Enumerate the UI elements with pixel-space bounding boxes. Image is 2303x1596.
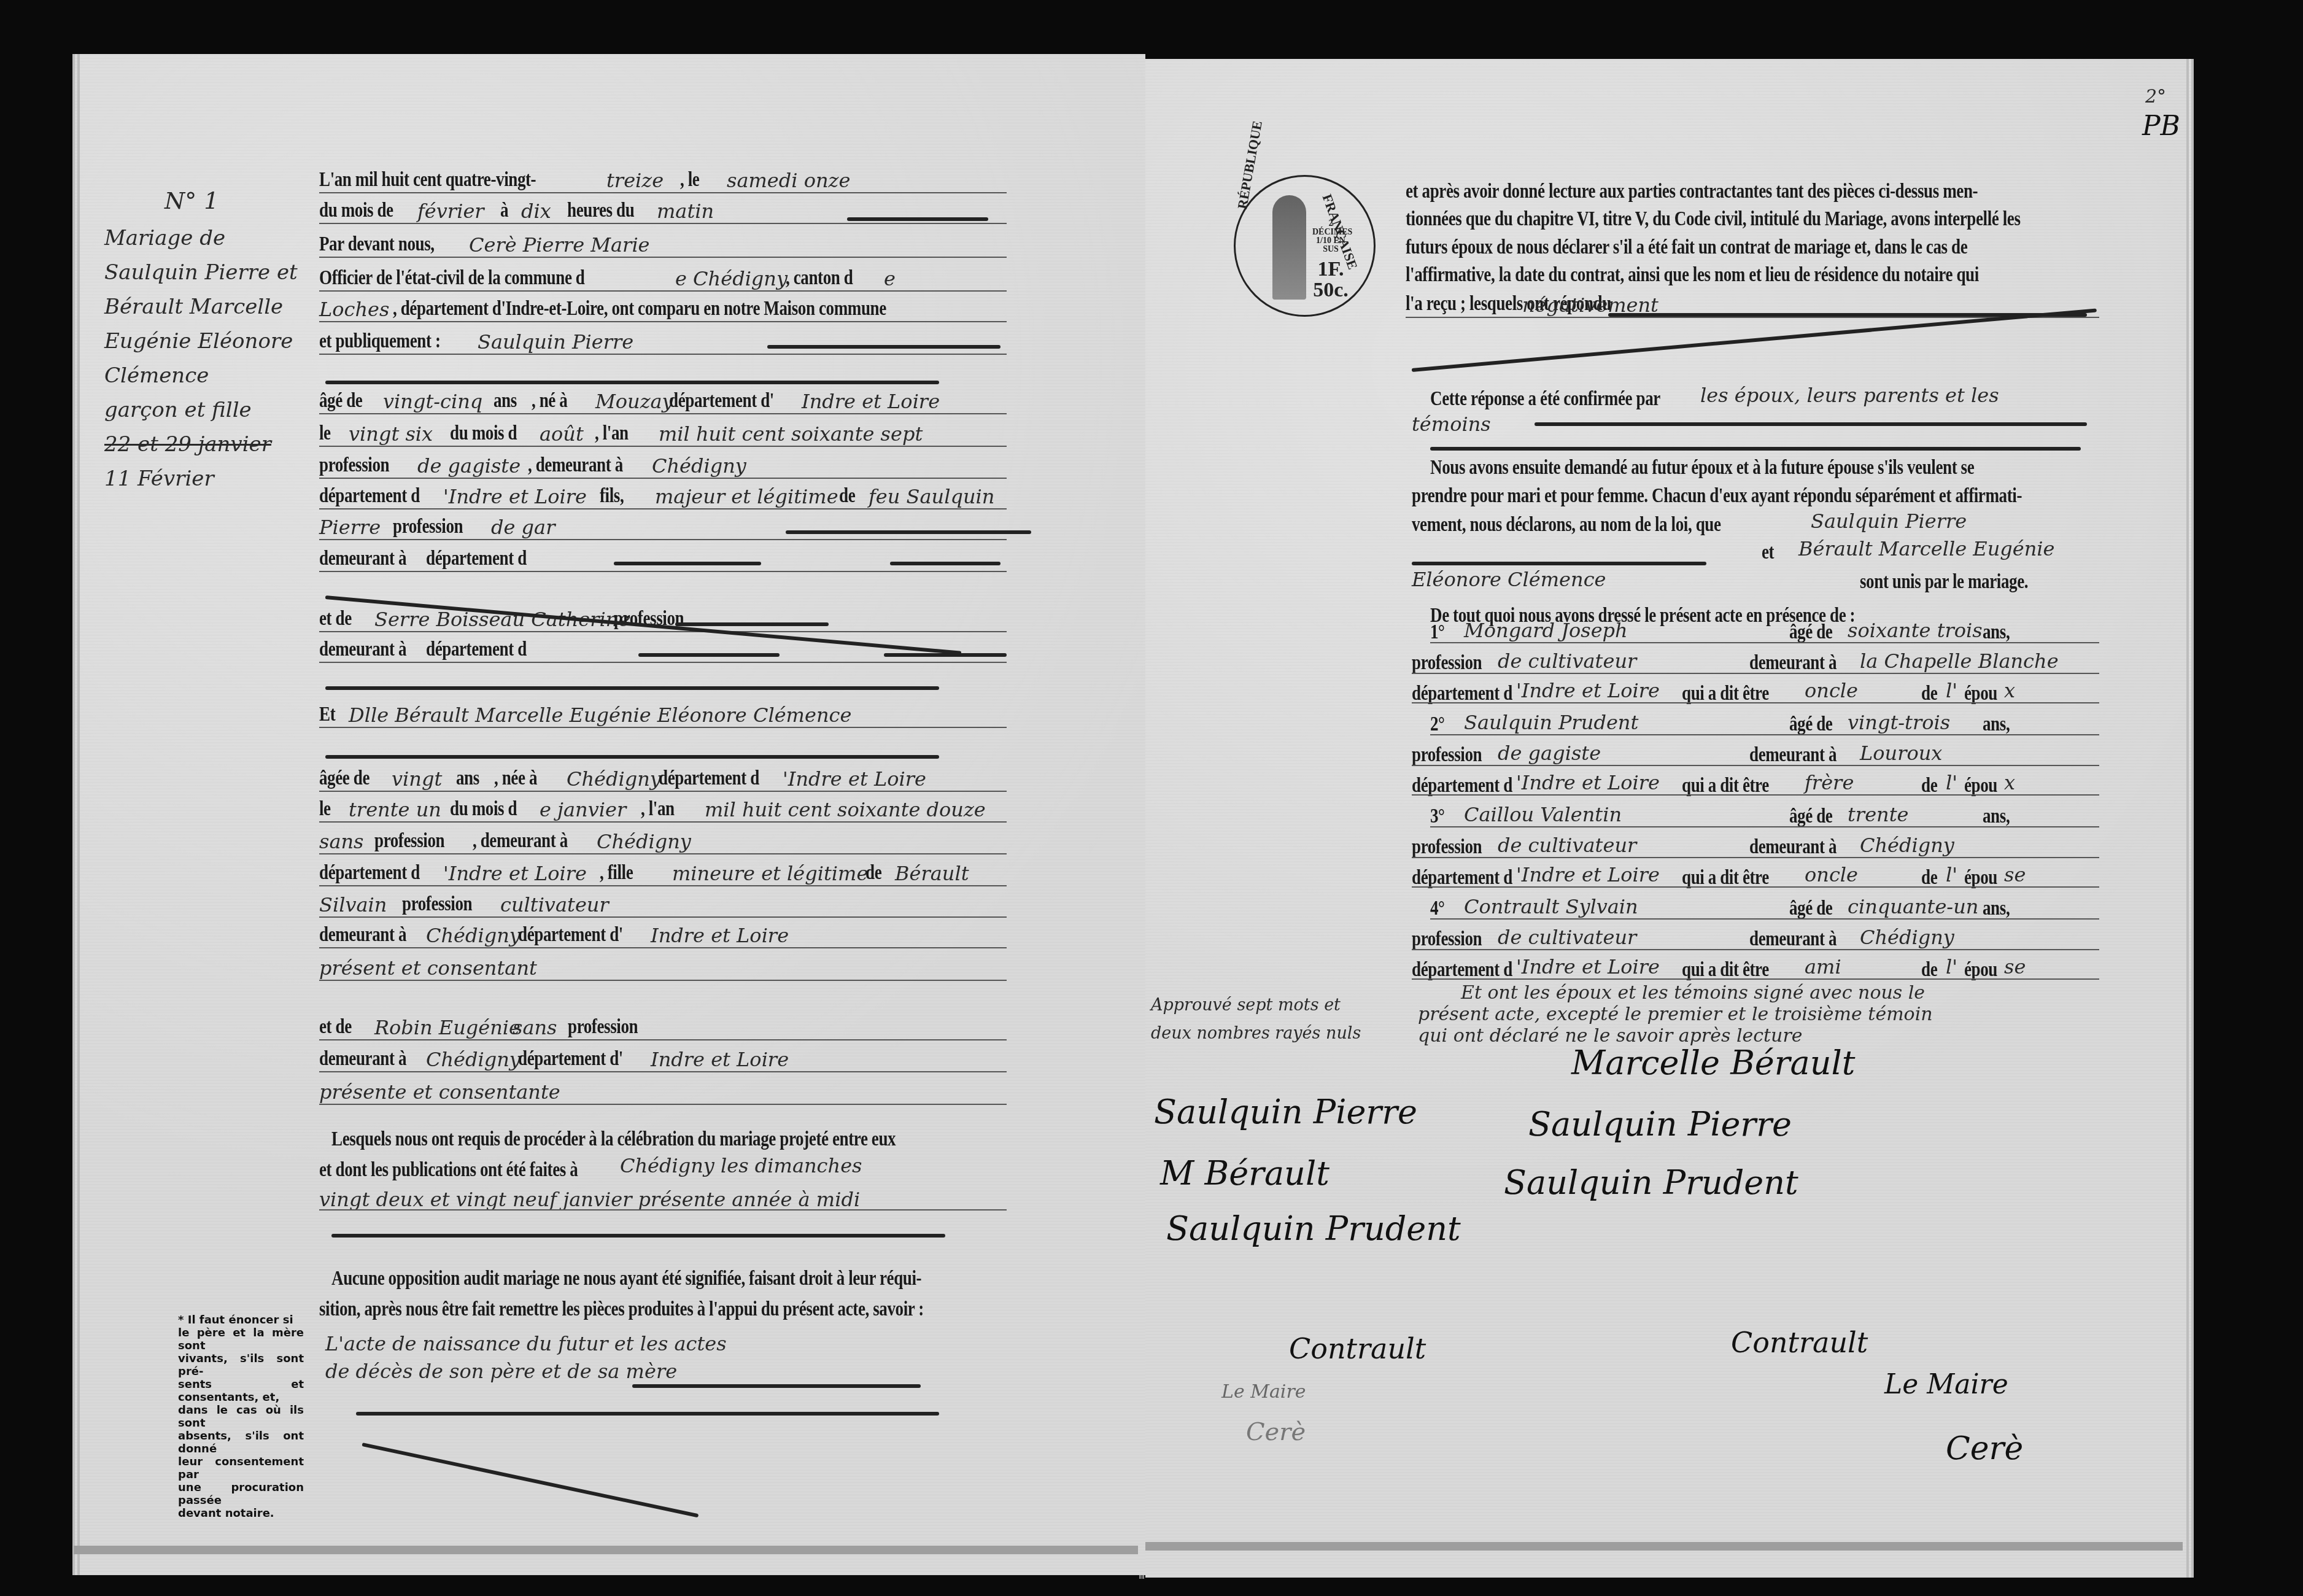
- witness-spouse-suffix: x: [2004, 771, 2015, 794]
- printed-text: , demeurant à: [528, 454, 623, 477]
- form-rule: [1430, 826, 2099, 827]
- handwritten-entry: Indre et Loire: [802, 390, 940, 413]
- witness-name: Mongard Joseph: [1464, 619, 1628, 642]
- witness-name: Contrault Sylvain: [1464, 895, 1638, 918]
- handwritten-entry: vingt: [392, 767, 442, 791]
- form-rule: [319, 508, 1007, 509]
- printed-text: L'an mil huit cent quatre-vingt-: [319, 169, 536, 192]
- handwritten-entry: Pierre: [319, 516, 381, 539]
- confirmed-label: Cette réponse a été confirmée par: [1430, 388, 1660, 411]
- form-rule: [319, 947, 1007, 948]
- printed-text: âgé de: [1789, 621, 1832, 644]
- paragraph-consent: Nous avons ensuite demandé au futur épou…: [1430, 457, 1974, 479]
- printed-text: demeurant à: [319, 548, 406, 570]
- printed-text: profession: [1412, 836, 1482, 859]
- paragraph-requisition: et dont les publications ont été faites …: [319, 1159, 578, 1182]
- witness-relation: oncle: [1805, 863, 1858, 886]
- handwritten-entry: feu Saulquin: [869, 485, 994, 508]
- witness-relation: oncle: [1805, 679, 1858, 702]
- witness-residence: Chédigny: [1860, 926, 1954, 949]
- printed-text: demeurant à: [319, 1048, 406, 1071]
- paraph: PB: [2142, 110, 2180, 142]
- printed-text: département d: [426, 638, 527, 661]
- handwritten-entry: Saulquin Pierre: [478, 330, 633, 354]
- printed-text: , né à: [532, 390, 567, 413]
- witness-of: l': [1946, 955, 1957, 978]
- closing-statement: Et ont les époux et les témoins signé av…: [1461, 982, 1925, 1004]
- handwritten-entry: de gar: [491, 516, 555, 539]
- form-rule: [319, 571, 1007, 572]
- printed-text: demeurant à: [1749, 928, 1837, 951]
- handwritten-entry: Robin Eugénie: [374, 1016, 521, 1039]
- witness-number: 2°: [1430, 713, 1445, 736]
- handwritten-entry: e Chédigny: [675, 267, 788, 290]
- printed-text: heures du: [567, 199, 634, 222]
- witness-spouse-suffix: x: [2004, 679, 2015, 702]
- witness-age: soixante trois: [1848, 619, 1983, 642]
- handwritten-entry: mil huit cent soixante sept: [659, 422, 923, 446]
- printed-text: fils,: [600, 485, 624, 508]
- handwritten-entry: sans: [319, 830, 364, 853]
- witness-department: 'Indre et Loire: [1516, 863, 1660, 886]
- mayor-label-faded: Le Maire: [1221, 1381, 1306, 1403]
- printed-text: et publiquement :: [319, 330, 441, 353]
- printed-text: ans,: [1983, 621, 2010, 644]
- printed-text: profession: [402, 893, 472, 916]
- paragraph-contract: et après avoir donné lecture aux parties…: [1406, 180, 1978, 203]
- printed-text: âgé de: [319, 390, 362, 413]
- form-rule: [319, 1104, 1007, 1105]
- witness-profession: de cultivateur: [1498, 649, 1636, 673]
- form-rule: [319, 885, 1007, 886]
- form-rule: [1412, 794, 2099, 796]
- printed-text: , canton d: [786, 267, 853, 290]
- cancel-bar: [884, 653, 1007, 657]
- form-rule: [319, 223, 1007, 224]
- form-rule: [319, 980, 1007, 981]
- witness-relation: frère: [1805, 771, 1854, 794]
- form-rule: [319, 192, 1007, 193]
- margin-note: Mariage de Saulquin Pierre et Bérault Ma…: [104, 221, 298, 496]
- witness-age: vingt-trois: [1848, 711, 1950, 734]
- printed-text: profession: [374, 830, 444, 853]
- handwritten-entry: présente et consentante: [319, 1080, 560, 1104]
- form-rule: [319, 662, 1007, 663]
- handwritten-entry: Chédigny: [426, 924, 521, 947]
- witness-spouse-suffix: se: [2004, 863, 2026, 886]
- printed-text: ans: [456, 767, 479, 790]
- cancel-bar: [325, 381, 939, 384]
- printed-text: âgée de: [319, 767, 370, 790]
- witness-department: 'Indre et Loire: [1516, 955, 1660, 978]
- paragraph-consent: prendre pour mari et pour femme. Chacun …: [1412, 485, 2022, 508]
- handwritten-entry: Indre et Loire: [651, 924, 789, 947]
- pieces-entry: de décès de son père et de sa mère: [325, 1360, 677, 1383]
- handwritten-entry: Loches: [319, 298, 389, 321]
- footnote: * Il faut énoncer si le père et la mère …: [178, 1314, 304, 1520]
- handwritten-entry: de gagiste: [417, 454, 521, 478]
- witness-profession: de cultivateur: [1498, 926, 1636, 949]
- witness-of: l': [1946, 863, 1957, 886]
- confirmed-entry: les époux, leurs parents et les: [1700, 384, 1999, 407]
- marianne-figure-icon: [1272, 195, 1306, 300]
- printed-text: , département d'Indre-et-Loire, ont comp…: [393, 298, 886, 320]
- page-edge: [74, 1546, 1138, 1554]
- handwritten-entry: Chédigny: [426, 1048, 521, 1071]
- printed-text: département d': [669, 390, 774, 413]
- printed-text: Par devant nous,: [319, 233, 435, 256]
- witness-name: Caillou Valentin: [1464, 803, 1622, 826]
- handwritten-entry: 'Indre et Loire: [443, 485, 587, 508]
- groom-name: Saulquin Pierre: [1811, 509, 1967, 533]
- printed-text: , fille: [600, 862, 633, 885]
- printed-text: département d: [659, 767, 759, 790]
- printed-text: profession: [319, 454, 389, 477]
- handwritten-entry: février: [417, 199, 484, 223]
- form-rule: [319, 413, 1007, 414]
- printed-text: de: [839, 485, 855, 508]
- handwritten-entry: Dlle Bérault Marcelle Eugénie Eléonore C…: [349, 703, 851, 727]
- form-rule: [1430, 734, 2099, 735]
- handwritten-entry: e janvier: [540, 798, 626, 821]
- signature-witness-4: Contrault: [1289, 1332, 1426, 1365]
- handwritten-entry: Chédigny: [652, 454, 746, 478]
- printed-text: département d: [319, 485, 420, 508]
- folio-number: 2°: [2145, 86, 2166, 107]
- printed-text: profession: [1412, 928, 1482, 951]
- printed-text: de: [865, 862, 881, 885]
- witness-residence: Chédigny: [1860, 834, 1954, 857]
- witness-of: l': [1946, 679, 1957, 702]
- printed-text: à: [500, 199, 508, 222]
- form-rule: [319, 478, 1007, 479]
- form-rule: [1430, 642, 2099, 643]
- cancel-bar: [767, 345, 1001, 349]
- form-rule: [319, 727, 1007, 728]
- handwritten-entry: 'Indre et Loire: [443, 862, 587, 885]
- handwritten-entry: e: [884, 267, 896, 290]
- paragraph-opposition: sition, après nous être fait remettre le…: [319, 1298, 924, 1321]
- handwritten-entry: présent et consentant: [319, 956, 537, 980]
- handwritten-entry: trente un: [349, 798, 441, 821]
- printed-text: demeurant à: [1749, 744, 1837, 767]
- handwritten-entry: vingt six: [349, 422, 433, 446]
- cancel-bar: [325, 755, 939, 759]
- printed-text: âgé de: [1789, 805, 1832, 828]
- handwritten-entry: Mouzay: [595, 390, 673, 413]
- united-label: sont unis par le mariage.: [1860, 571, 2028, 594]
- printed-text: âgé de: [1789, 713, 1832, 736]
- handwritten-entry: Bérault: [895, 862, 969, 885]
- form-rule: [319, 821, 1007, 823]
- handwritten-entry: Cerè Pierre Marie: [469, 233, 650, 257]
- closing-statement: présent acte, excepté le premier et le t…: [1418, 1004, 1933, 1025]
- form-rule: [1412, 886, 2099, 888]
- witness-relation: ami: [1805, 955, 1841, 978]
- printed-text: demeurant à: [1749, 652, 1837, 675]
- handwritten-entry: mineure et légitime: [672, 862, 868, 885]
- signature-bride: Marcelle Bérault: [1571, 1044, 1856, 1082]
- printed-text: ans: [493, 390, 517, 413]
- paragraph-contract: l'affirmative, la date du contrat, ainsi…: [1406, 264, 1979, 287]
- witness-department: 'Indre et Loire: [1516, 771, 1660, 794]
- handwritten-entry: treize: [606, 169, 664, 192]
- publications-entry: Chédigny les dimanches: [620, 1154, 862, 1177]
- printed-text: âgé de: [1789, 897, 1832, 920]
- printed-text: , l'an: [641, 798, 675, 821]
- handwritten-entry: vingt-cinq: [383, 390, 482, 413]
- form-rule: [319, 853, 1007, 854]
- printed-text: du mois d: [450, 798, 517, 821]
- printed-text: département d: [319, 862, 420, 885]
- handwritten-entry: sans: [513, 1016, 557, 1039]
- cancel-bar: [614, 562, 761, 565]
- witness-name: Saulquin Prudent: [1464, 711, 1638, 734]
- handwritten-entry: dix: [521, 199, 551, 223]
- signature-groom: Saulquin Pierre: [1154, 1093, 1417, 1131]
- signature-mayor: Cerè: [1946, 1430, 2023, 1467]
- cancel-bar: [1430, 447, 2081, 451]
- printed-text: , le: [680, 169, 699, 192]
- printed-text: ans,: [1983, 897, 2010, 920]
- paragraph-opposition: Aucune opposition audit mariage ne nous …: [331, 1268, 921, 1290]
- publications-entry: vingt deux et vingt neuf janvier présent…: [319, 1188, 860, 1211]
- cancel-bar: [356, 1412, 939, 1416]
- form-rule: [1412, 673, 2099, 674]
- cancel-bar: [632, 1384, 921, 1388]
- form-rule: [319, 257, 1007, 258]
- witness-number: 4°: [1430, 897, 1445, 920]
- form-rule: [319, 916, 1007, 918]
- printed-text: , l'an: [595, 422, 629, 445]
- mayor-label: Le Maire: [1884, 1369, 2008, 1400]
- margin-approval: Approuvé sept mots et deux nombres rayés…: [1151, 991, 1361, 1048]
- bride-name: Eléonore Clémence: [1412, 568, 1606, 591]
- printed-text: du mois de: [319, 199, 393, 222]
- witness-age: trente: [1848, 803, 1909, 826]
- cancel-bar: [1535, 422, 2087, 426]
- page-edge: [1145, 1542, 2183, 1551]
- signature-bride-father: M Bérault: [1160, 1154, 1330, 1193]
- witness-residence: la Chapelle Blanche: [1860, 649, 2059, 673]
- form-rule: [319, 290, 1007, 292]
- handwritten-entry: Chédigny: [597, 830, 691, 853]
- witness-residence: Louroux: [1860, 742, 1942, 765]
- printed-text: demeurant à: [1749, 836, 1837, 859]
- printed-text: et de: [319, 1016, 352, 1039]
- form-rule: [1412, 765, 2099, 766]
- witness-number: 1°: [1430, 621, 1445, 644]
- witness-department: 'Indre et Loire: [1516, 679, 1660, 702]
- cancel-bar: [847, 217, 988, 221]
- handwritten-entry: samedi onze: [727, 169, 850, 192]
- form-rule: [319, 791, 1007, 792]
- printed-text: Officier de l'état-civil de la commune d: [319, 267, 584, 290]
- cancel-bar: [638, 653, 780, 657]
- printed-text: Et: [319, 703, 335, 726]
- paragraph-contract: tionnées que du chapitre VI, titre V, du…: [1406, 208, 2021, 231]
- confirmed-entry: témoins: [1412, 413, 1491, 436]
- form-rule: [1430, 918, 2099, 920]
- printed-text: profession: [1412, 652, 1482, 675]
- witness-profession: de cultivateur: [1498, 834, 1636, 857]
- form-rule: [1412, 978, 2099, 980]
- printed-text: , demeurant à: [473, 830, 568, 853]
- witness-age: cinquante-un: [1848, 895, 1978, 918]
- form-rule: [319, 321, 1007, 322]
- printed-text: le: [319, 798, 331, 821]
- printed-text: département d': [518, 924, 623, 947]
- form-rule: [1412, 949, 2099, 950]
- signature-witness-4b: Contrault: [1731, 1326, 1868, 1359]
- cancel-bar: [331, 1234, 945, 1238]
- handwritten-entry: Indre et Loire: [651, 1048, 789, 1071]
- form-rule: [319, 354, 1007, 355]
- printed-text: et: [1762, 541, 1774, 564]
- form-rule: [319, 1071, 1007, 1072]
- printed-text: du mois d: [450, 422, 517, 445]
- printed-text: , née à: [494, 767, 537, 790]
- paragraph-consent: vement, nous déclarons, au nom de la loi…: [1412, 514, 1721, 537]
- handwritten-entry: majeur et légitime: [655, 485, 838, 508]
- witness-profession: de gagiste: [1498, 742, 1601, 765]
- form-rule: [319, 1209, 1007, 1211]
- printed-text: et de: [319, 608, 352, 630]
- paragraph-contract: futurs époux de nous déclarer s'il a été…: [1406, 236, 1967, 259]
- witness-number: 3°: [1430, 805, 1445, 828]
- witness-of: l': [1946, 771, 1957, 794]
- pieces-entry: L'acte de naissance du futur et les acte…: [325, 1332, 727, 1355]
- printed-text: profession: [393, 516, 463, 538]
- form-rule: [319, 1039, 1007, 1040]
- form-rule: [1412, 857, 2099, 858]
- form-rule: [319, 631, 1007, 632]
- witness-spouse-suffix: se: [2004, 955, 2026, 978]
- tax-stamp: RÉPUBLIQUE FRANÇAISE 2 DÉCIMES 1/10 EN S…: [1234, 175, 1376, 317]
- cancel-bar: [1412, 562, 1706, 565]
- form-rule: [1412, 702, 2099, 703]
- handwritten-entry: 'Indre et Loire: [783, 767, 926, 791]
- printed-text: profession: [568, 1016, 638, 1039]
- printed-text: profession: [1412, 744, 1482, 767]
- handwritten-entry: Silvain: [319, 893, 387, 916]
- printed-text: département d': [518, 1048, 623, 1071]
- act-number: N° 1: [164, 187, 219, 214]
- signature-witness-2b: Saulquin Prudent: [1166, 1209, 1461, 1248]
- handwritten-entry: cultivateur: [500, 893, 609, 916]
- cancel-bar: [675, 622, 829, 626]
- handwritten-entry: matin: [657, 199, 714, 223]
- cancel-bar: [890, 562, 1001, 565]
- printed-text: ans,: [1983, 805, 2010, 828]
- cancel-bar: [325, 686, 939, 690]
- signature-mayor-faded: Cerè: [1246, 1418, 1306, 1446]
- form-rule: [319, 446, 1007, 447]
- printed-text: département d: [426, 548, 527, 570]
- cancel-bar: [786, 530, 1031, 534]
- handwritten-entry: mil huit cent soixante douze: [705, 798, 986, 821]
- printed-text: demeurant à: [319, 924, 406, 947]
- signature-witness-2: Saulquin Prudent: [1504, 1163, 1798, 1202]
- printed-text: ans,: [1983, 713, 2010, 736]
- handwritten-entry: août: [540, 422, 584, 446]
- handwritten-entry: Chédigny: [567, 767, 661, 791]
- signature-groom-2: Saulquin Pierre: [1528, 1105, 1792, 1144]
- paragraph-requisition: Lesquels nous ont requis de procéder à l…: [331, 1128, 896, 1151]
- bride-name: Bérault Marcelle Eugénie: [1798, 537, 2054, 560]
- form-rule: [319, 539, 1007, 540]
- printed-text: le: [319, 422, 331, 445]
- printed-text: demeurant à: [319, 638, 406, 661]
